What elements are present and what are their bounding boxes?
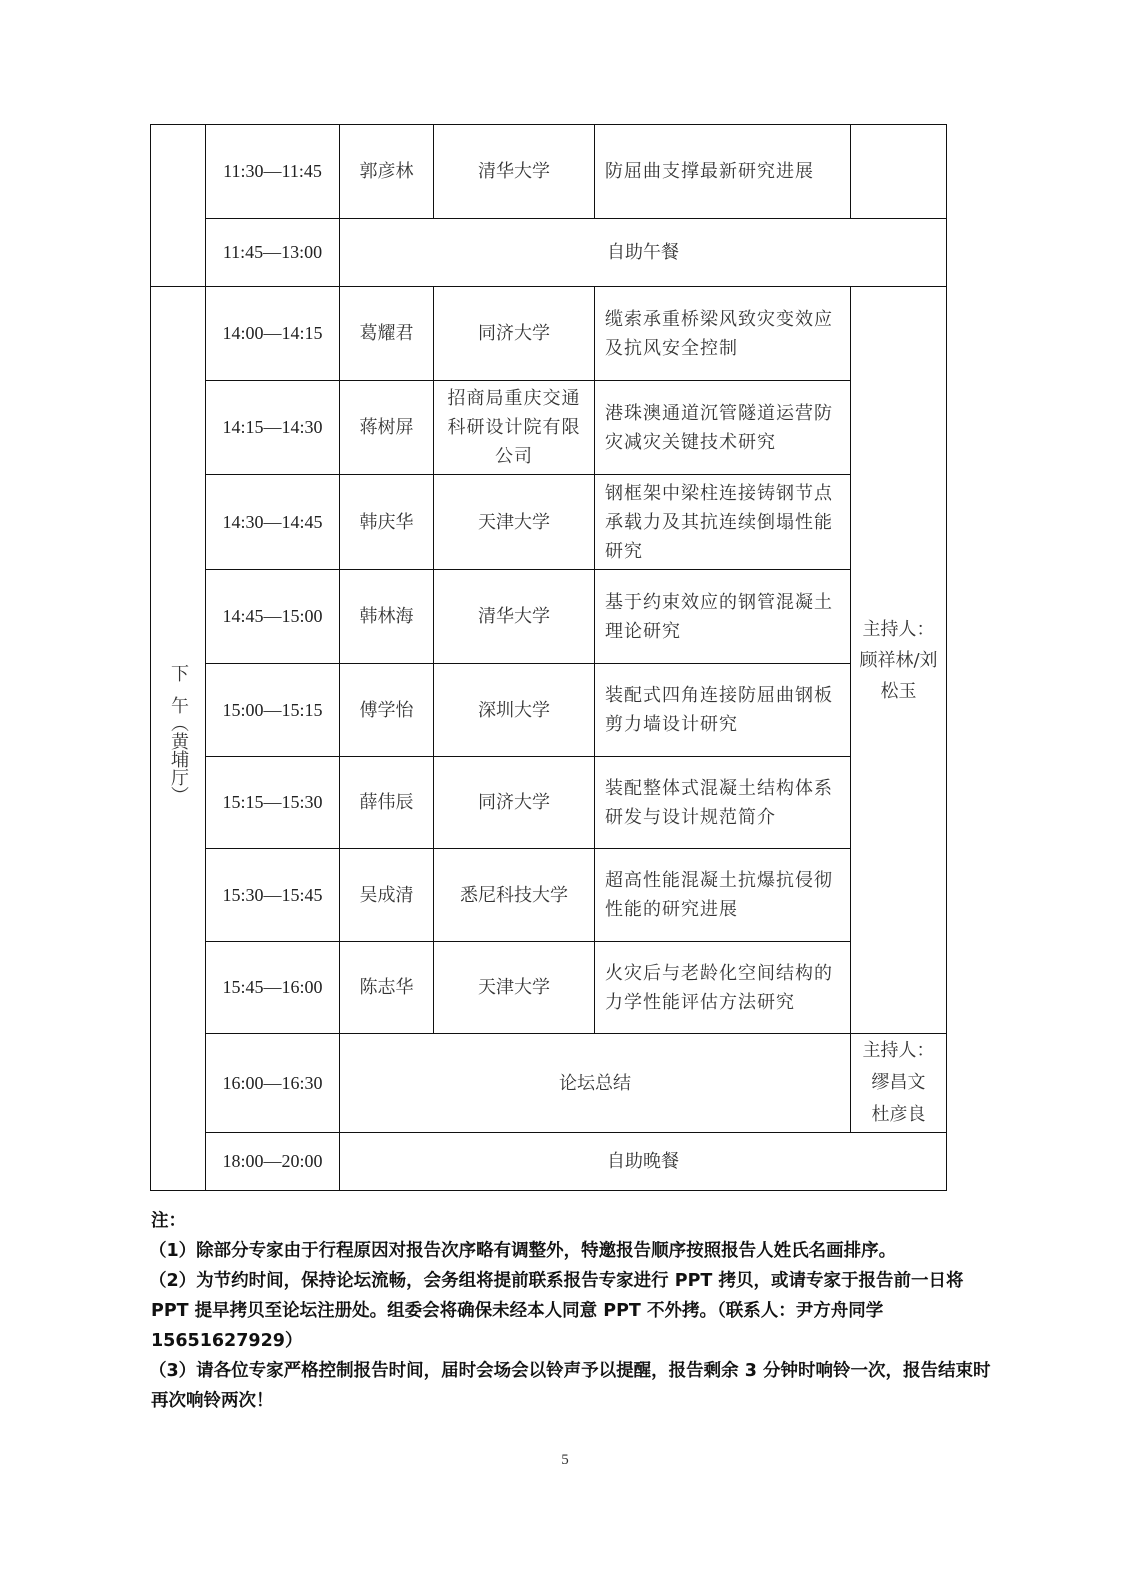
- host-cell: [851, 125, 947, 219]
- table-row: 16:00—16:30 论坛总结 主持人： 缪昌文 杜彦良: [151, 1034, 947, 1133]
- speaker-cell: 葛耀君: [340, 287, 434, 381]
- speaker-cell: 傅学怡: [340, 664, 434, 757]
- time-cell: 18:00—20:00: [206, 1133, 340, 1191]
- time-cell: 16:00—16:30: [206, 1034, 340, 1133]
- speaker-cell: 陈志华: [340, 942, 434, 1034]
- topic-cell: 防屈曲支撑最新研究进展: [595, 125, 851, 219]
- speaker-cell: 蒋树屏: [340, 381, 434, 475]
- time-cell: 14:30—14:45: [206, 475, 340, 570]
- topic-cell: 火灾后与老龄化空间结构的力学性能评估方法研究: [595, 942, 851, 1034]
- affiliation-cell: 深圳大学: [434, 664, 595, 757]
- host-name: 杜彦良: [851, 1099, 946, 1131]
- table-row: 18:00—20:00 自助晚餐: [151, 1133, 947, 1191]
- topic-cell: 港珠澳通道沉管隧道运营防灾减灾关键技术研究: [595, 381, 851, 475]
- topic-cell: 超高性能混凝土抗爆抗侵彻性能的研究进展: [595, 849, 851, 942]
- topic-cell: 基于约束效应的钢管混凝土理论研究: [595, 570, 851, 664]
- afternoon-period-cell: 下午（黄埔厅）: [151, 287, 206, 1191]
- affiliation-cell: 天津大学: [434, 475, 595, 570]
- time-cell: 14:00—14:15: [206, 287, 340, 381]
- table-row: 15:00—15:15 傅学怡 深圳大学 装配式四角连接防屈曲钢板剪力墙设计研究: [151, 664, 947, 757]
- affiliation-cell: 悉尼科技大学: [434, 849, 595, 942]
- host-cell: 主持人： 顾祥林/刘松玉: [851, 287, 947, 1034]
- table-row: 14:15—14:30 蒋树屏 招商局重庆交通科研设计院有限公司 港珠澳通道沉管…: [151, 381, 947, 475]
- notes-heading: 注：: [151, 1206, 993, 1236]
- lunch-cell: 自助午餐: [340, 219, 947, 287]
- speaker-cell: 吴成清: [340, 849, 434, 942]
- schedule-table: 11:30—11:45 郭彦林 清华大学 防屈曲支撑最新研究进展 11:45—1…: [150, 124, 947, 1191]
- topic-cell: 钢框架中梁柱连接铸钢节点承载力及其抗连续倒塌性能研究: [595, 475, 851, 570]
- time-cell: 15:30—15:45: [206, 849, 340, 942]
- speaker-cell: 薛伟辰: [340, 757, 434, 849]
- table-row: 14:30—14:45 韩庆华 天津大学 钢框架中梁柱连接铸钢节点承载力及其抗连…: [151, 475, 947, 570]
- topic-cell: 装配整体式混凝土结构体系研发与设计规范简介: [595, 757, 851, 849]
- speaker-cell: 韩林海: [340, 570, 434, 664]
- table-row: 15:15—15:30 薛伟辰 同济大学 装配整体式混凝土结构体系研发与设计规范…: [151, 757, 947, 849]
- summary-cell: 论坛总结: [340, 1034, 851, 1133]
- affiliation-cell: 同济大学: [434, 287, 595, 381]
- affiliation-cell: 清华大学: [434, 570, 595, 664]
- table-row: 15:30—15:45 吴成清 悉尼科技大学 超高性能混凝土抗爆抗侵彻性能的研究…: [151, 849, 947, 942]
- dinner-cell: 自助晚餐: [340, 1133, 947, 1191]
- time-cell: 11:30—11:45: [206, 125, 340, 219]
- topic-cell: 缆索承重桥梁风致灾变效应及抗风安全控制: [595, 287, 851, 381]
- summary-host-cell: 主持人： 缪昌文 杜彦良: [851, 1034, 947, 1133]
- time-cell: 15:00—15:15: [206, 664, 340, 757]
- topic-cell: 装配式四角连接防屈曲钢板剪力墙设计研究: [595, 664, 851, 757]
- notes-section: 注： （1）除部分专家由于行程原因对报告次序略有调整外，特邀报告顺序按照报告人姓…: [151, 1206, 993, 1416]
- affiliation-cell: 清华大学: [434, 125, 595, 219]
- page-number: 5: [0, 1452, 1130, 1469]
- time-cell: 11:45—13:00: [206, 219, 340, 287]
- affiliation-cell: 同济大学: [434, 757, 595, 849]
- time-cell: 14:45—15:00: [206, 570, 340, 664]
- note-item: （3）请各位专家严格控制报告时间，届时会场会以铃声予以提醒，报告剩余 3 分钟时…: [151, 1356, 993, 1416]
- table-row: 11:45—13:00 自助午餐: [151, 219, 947, 287]
- period-label: 下午（黄埔厅）: [168, 664, 188, 804]
- table-row: 11:30—11:45 郭彦林 清华大学 防屈曲支撑最新研究进展: [151, 125, 947, 219]
- morning-period-cell: [151, 125, 206, 287]
- affiliation-cell: 招商局重庆交通科研设计院有限公司: [434, 381, 595, 475]
- affiliation-cell: 天津大学: [434, 942, 595, 1034]
- table-row: 下午（黄埔厅） 14:00—14:15 葛耀君 同济大学 缆索承重桥梁风致灾变效…: [151, 287, 947, 381]
- host-label: 主持人：: [851, 1035, 946, 1067]
- speaker-cell: 郭彦林: [340, 125, 434, 219]
- host-name: 缪昌文: [851, 1067, 946, 1099]
- speaker-cell: 韩庆华: [340, 475, 434, 570]
- note-item: （1）除部分专家由于行程原因对报告次序略有调整外，特邀报告顺序按照报告人姓氏名画…: [151, 1236, 993, 1266]
- table-row: 15:45—16:00 陈志华 天津大学 火灾后与老龄化空间结构的力学性能评估方…: [151, 942, 947, 1034]
- table-row: 14:45—15:00 韩林海 清华大学 基于约束效应的钢管混凝土理论研究: [151, 570, 947, 664]
- note-item: （2）为节约时间，保持论坛流畅，会务组将提前联系报告专家进行 PPT 拷贝，或请…: [151, 1266, 993, 1356]
- time-cell: 15:45—16:00: [206, 942, 340, 1034]
- time-cell: 14:15—14:30: [206, 381, 340, 475]
- host-label: 主持人：: [851, 614, 946, 645]
- time-cell: 15:15—15:30: [206, 757, 340, 849]
- host-names: 顾祥林/刘松玉: [851, 645, 946, 707]
